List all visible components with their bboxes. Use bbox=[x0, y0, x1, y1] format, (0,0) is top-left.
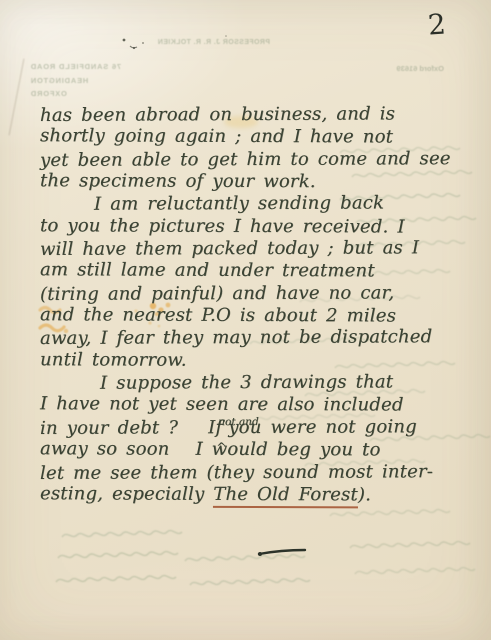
letterhead-bleedthrough-name: PROFESSOR J. R. R. TOLKIEN bbox=[158, 39, 270, 46]
letter-line: yet been able to get him to come and see bbox=[40, 148, 476, 172]
letter-scan-page: PROFESSOR J. R. R. TOLKIEN 76 SANDFIELD … bbox=[0, 0, 491, 640]
letter-text: I would beg you to bbox=[195, 439, 380, 461]
letter-line: the specimens of your work. bbox=[40, 170, 476, 194]
underlined-phrase: The Old Forest bbox=[213, 484, 358, 509]
interlinear-insertion: not and^ bbox=[222, 432, 228, 433]
letterhead-address-line: HEADINGTON bbox=[30, 74, 134, 88]
letter-line: will have them packed today ; but as I bbox=[40, 237, 476, 261]
insertion-text: not and bbox=[218, 411, 258, 434]
letter-line-with-underline: esting, especially The Old Forest). bbox=[40, 483, 476, 507]
letter-line: until tomorrow. bbox=[40, 349, 476, 373]
letter-line: (tiring and painful) and have no car, bbox=[40, 282, 476, 306]
letter-line: I am reluctantly sending back bbox=[40, 192, 476, 216]
letterhead-address-line: 76 SANDFIELD ROAD bbox=[30, 60, 134, 74]
letter-line: am still lame and under treatment bbox=[40, 260, 476, 284]
letter-line: shortly going again ; and I have not bbox=[40, 126, 476, 150]
letter-text: ). bbox=[358, 484, 371, 505]
letter-line: and the nearest P.O is about 2 miles bbox=[40, 304, 476, 328]
letter-body: has been abroad on business, and is shor… bbox=[40, 104, 476, 506]
letterhead-bleedthrough-phone: Oxford 61639 bbox=[378, 64, 444, 73]
letter-line: away, I fear they may not be dispatched bbox=[40, 326, 476, 350]
letter-line: has been abroad on business, and is bbox=[40, 103, 476, 127]
letterhead-address-line: OXFORD bbox=[30, 87, 134, 101]
letterhead-bleedthrough-address: 76 SANDFIELD ROAD HEADINGTON OXFORD bbox=[30, 60, 134, 101]
letter-line: away so soonI would beg you to bbox=[40, 438, 476, 462]
page-number: 2 bbox=[427, 7, 448, 41]
letter-text: away so soon bbox=[40, 438, 170, 459]
paper-crease bbox=[9, 59, 25, 136]
letter-line: I suppose the 3 drawings that bbox=[40, 371, 476, 395]
letter-line-with-insertion: in your debt ?Ifnot and^you were not goi… bbox=[40, 416, 476, 440]
letter-line: let me see them (they sound most inter- bbox=[40, 461, 476, 485]
letter-text: esting, especially bbox=[40, 483, 204, 505]
letter-line: to you the pictures I have received. I bbox=[40, 215, 476, 239]
letter-text: in your debt ? bbox=[40, 417, 178, 439]
